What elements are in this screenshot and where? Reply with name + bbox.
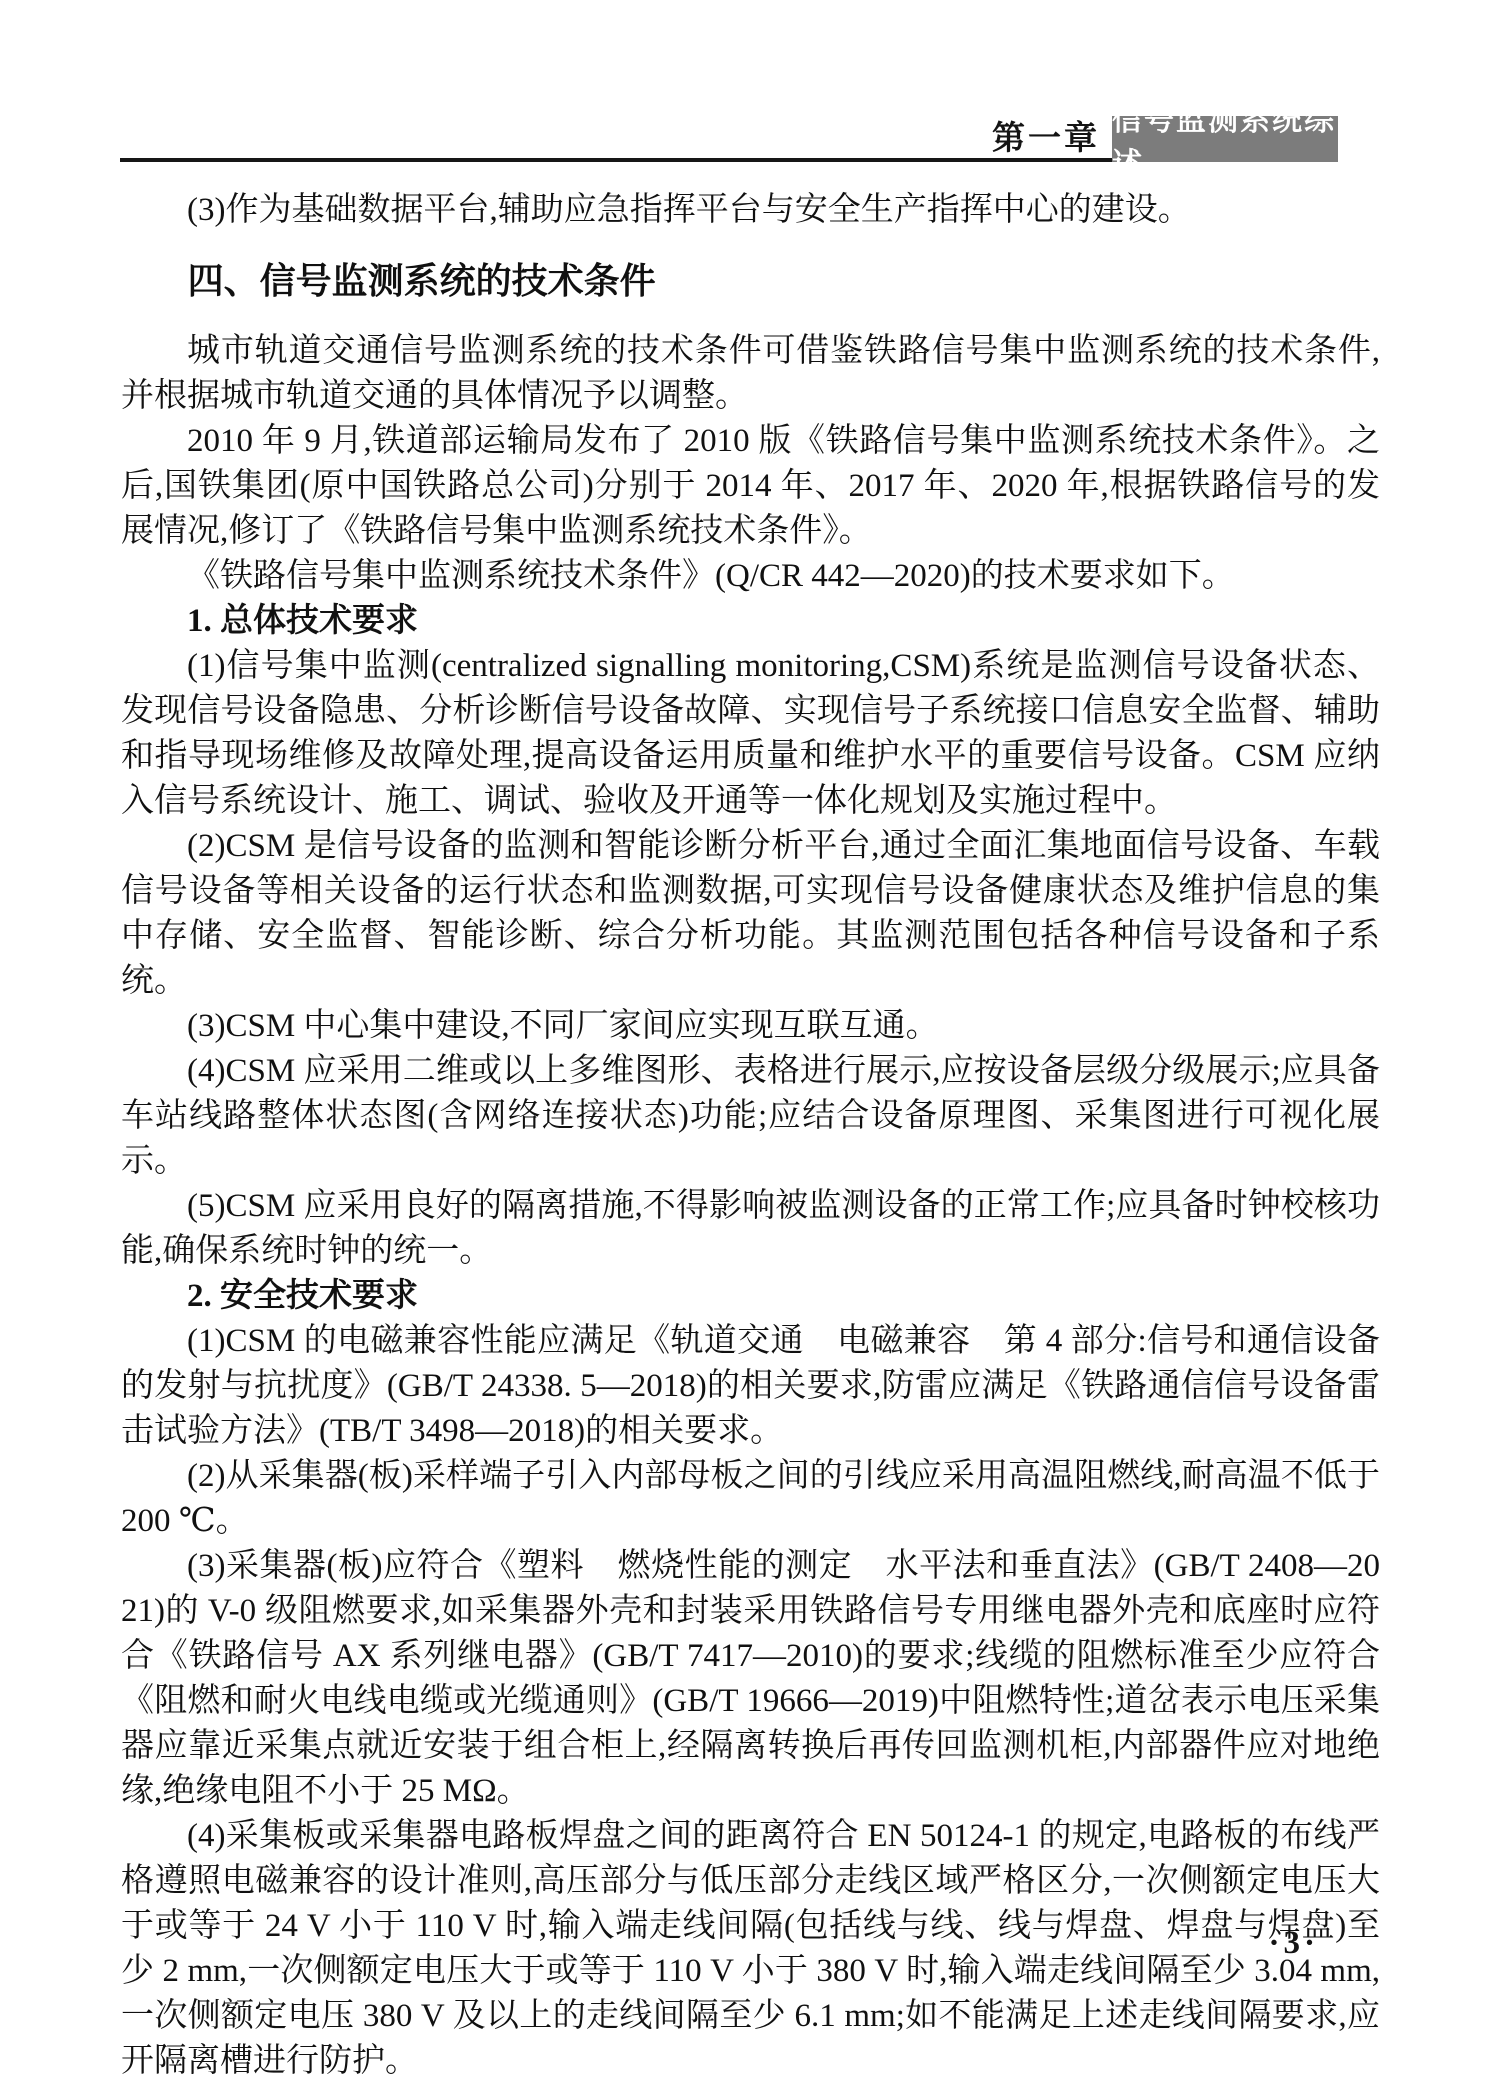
paragraph: (5)CSM 应采用良好的隔离措施,不得影响被监测设备的正常工作;应具备时钟校核… [121, 1184, 1380, 1274]
chapter-title-box: 信号监测系统综述 [1112, 116, 1338, 162]
paragraph: (1)信号集中监测(centralized signalling monitor… [121, 644, 1380, 824]
paragraph: (3)CSM 中心集中建设,不同厂家间应实现互联互通。 [121, 1004, 1380, 1049]
header-rule [120, 158, 1112, 162]
subsection-heading: 1. 总体技术要求 [121, 599, 1380, 644]
paragraph: (4)采集板或采集器电路板焊盘之间的距离符合 EN 50124-1 的规定,电路… [121, 1814, 1380, 2084]
chapter-label: 第一章 [120, 118, 1100, 158]
book-page: 第一章 信号监测系统综述 (3)作为基础数据平台,辅助应急指挥平台与安全生产指挥… [0, 0, 1497, 2095]
paragraph: (3)采集器(板)应符合《塑料 燃烧性能的测定 水平法和垂直法》(GB/T 24… [121, 1544, 1380, 1814]
paragraph: (4)CSM 应采用二维或以上多维图形、表格进行展示,应按设备层级分级展示;应具… [121, 1049, 1380, 1184]
paragraph: (1)CSM 的电磁兼容性能应满足《轨道交通 电磁兼容 第 4 部分:信号和通信… [121, 1319, 1380, 1454]
paragraph: 城市轨道交通信号监测系统的技术条件可借鉴铁路信号集中监测系统的技术条件,并根据城… [121, 329, 1380, 419]
paragraph: (2)从采集器(板)采样端子引入内部母板之间的引线应采用高温阻燃线,耐高温不低于… [121, 1454, 1380, 1544]
paragraph: 2010 年 9 月,铁道部运输局发布了 2010 版《铁路信号集中监测系统技术… [121, 419, 1380, 554]
subsection-heading: 2. 安全技术要求 [121, 1274, 1380, 1319]
chapter-title: 信号监测系统综述 [1112, 95, 1338, 183]
paragraph: (2)CSM 是信号设备的监测和智能诊断分析平台,通过全面汇集地面信号设备、车载… [121, 824, 1380, 1004]
section-heading: 四、信号监测系统的技术条件 [121, 257, 1380, 305]
paragraph: 《铁路信号集中监测系统技术条件》(Q/CR 442—2020)的技术要求如下。 [121, 554, 1380, 599]
page-body: (3)作为基础数据平台,辅助应急指挥平台与安全生产指挥中心的建设。 四、信号监测… [121, 188, 1380, 2084]
paragraph: (3)作为基础数据平台,辅助应急指挥平台与安全生产指挥中心的建设。 [121, 188, 1380, 233]
page-number: ·3· [1268, 1925, 1319, 1962]
